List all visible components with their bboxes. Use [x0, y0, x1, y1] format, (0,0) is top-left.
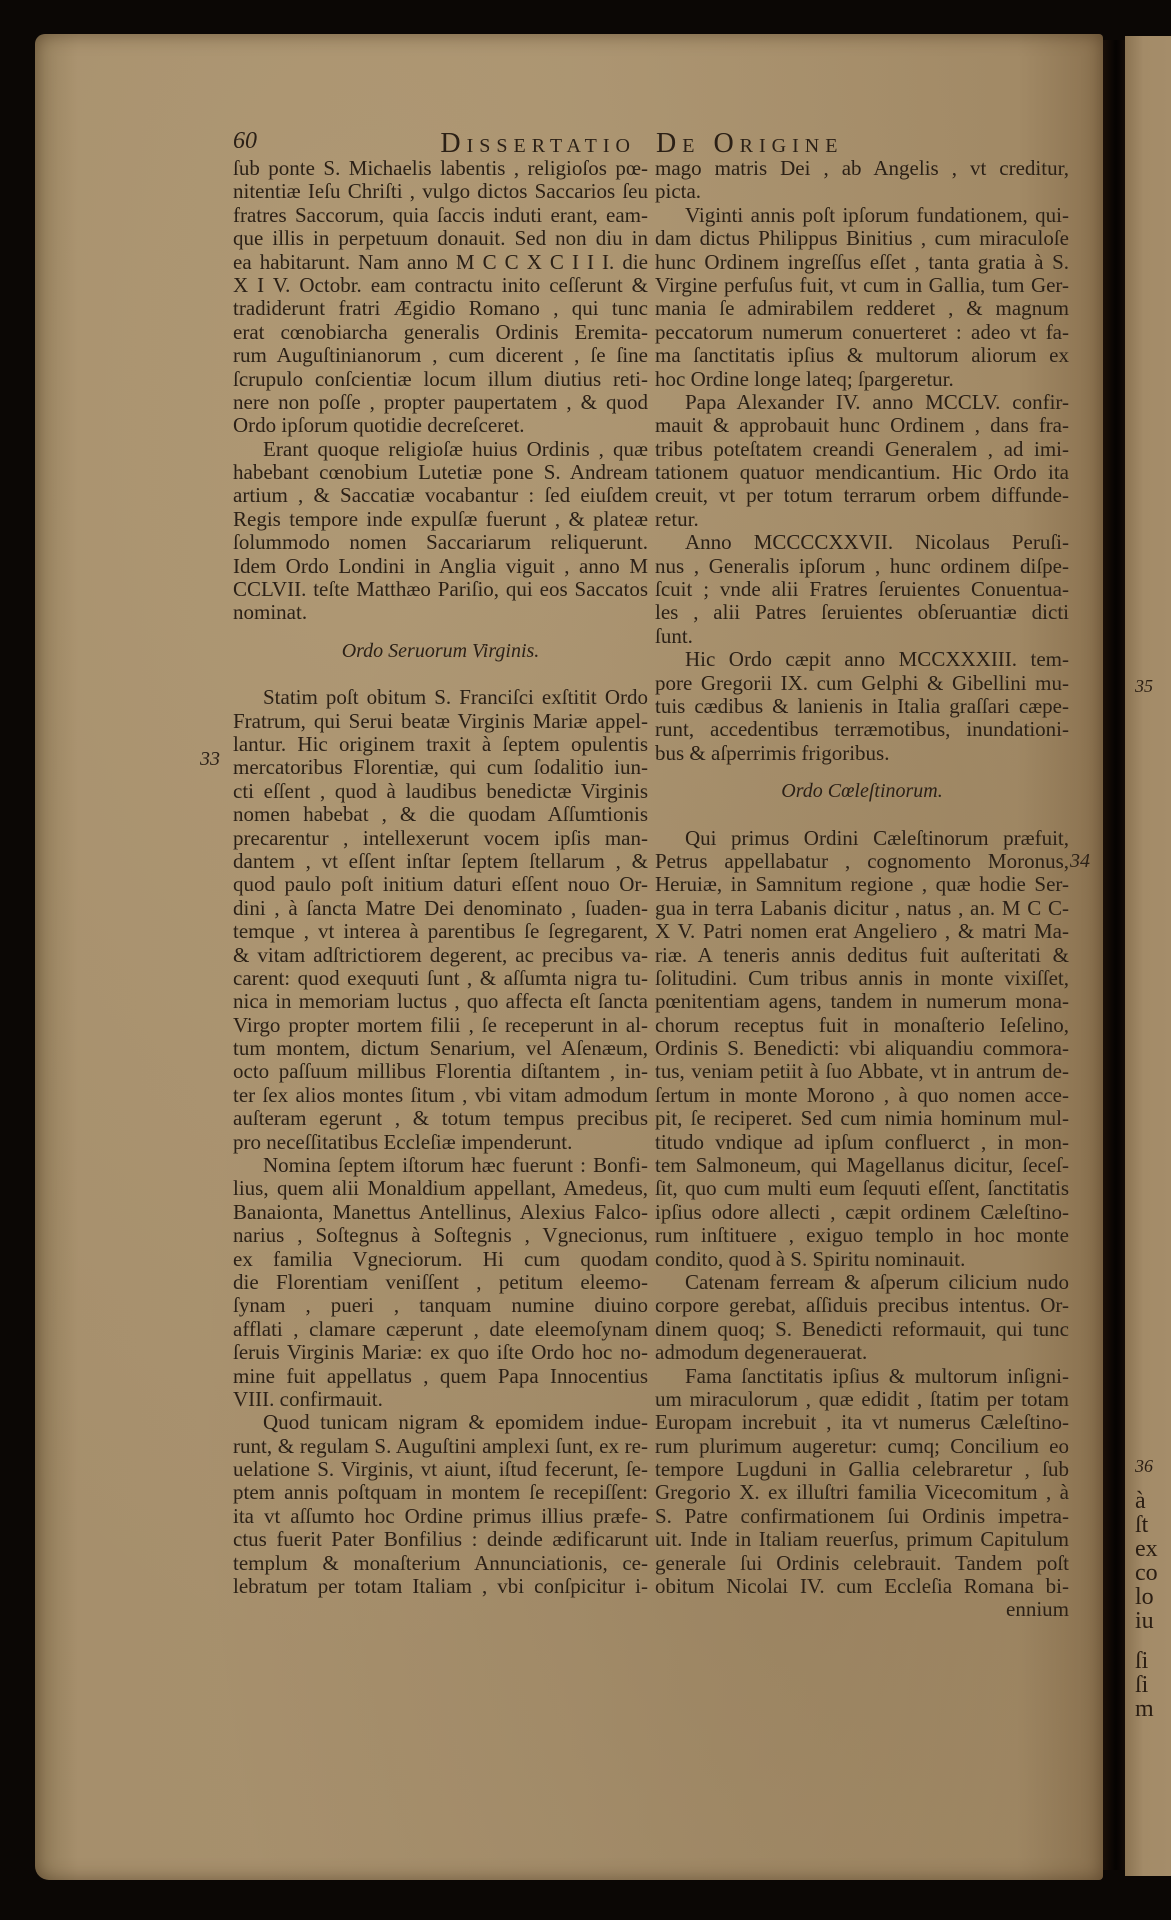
text-line: auſteram egerunt , & totum tempus precib…	[233, 1107, 648, 1130]
text-line: picta.	[655, 180, 1069, 203]
text-line: que illis in perpetuum donauit. Sed non …	[233, 227, 648, 250]
facing-marginal-note: 36	[1135, 1456, 1153, 1477]
section-heading: Ordo Cœleſtinorum.	[655, 780, 1069, 803]
facing-text-fragment: ſi	[1135, 1672, 1148, 1699]
text-line: pit, ſe reciperet. Sed cum nimia hominum…	[655, 1107, 1069, 1130]
facing-text-fragment: à	[1135, 1488, 1146, 1515]
text-line: lebratum per totam Italiam , vbi conſpic…	[233, 1575, 648, 1598]
text-line: quod paulo poſt initium daturi eſſent no…	[233, 873, 648, 896]
facing-text-fragment: m	[1135, 1696, 1154, 1723]
marginal-note: 34	[1070, 850, 1090, 873]
facing-text-fragment: lo	[1135, 1584, 1154, 1611]
text-line: rum inſtituere , exiguo templo in hoc mo…	[655, 1224, 1069, 1247]
running-head: 60 Dissertatio De Origine	[233, 128, 1068, 158]
text-line: ſcrupulo conſcientiæ locum illum diutius…	[233, 368, 648, 391]
text-line: ſolummodo nomen Saccariarum reliquerunt.	[233, 531, 648, 554]
text-line: retur.	[655, 508, 1069, 531]
text-line: carent: quod exequuti ſunt , & aſſumta n…	[233, 967, 648, 990]
text-line: mine fuit appellatus , quem Papa Innocen…	[233, 1365, 648, 1388]
text-line: Petrus appellabatur , cognomento Moronus…	[655, 850, 1069, 873]
text-line: ma ſanctitatis ipſius & multorum aliorum…	[655, 344, 1069, 367]
text-line: octo paſſuum millibus Florentia diſtante…	[233, 1060, 648, 1083]
text-line: dam dictus Philippus Binitius , cum mira…	[655, 227, 1069, 250]
text-line: pœnitentiam agens, tandem in numerum mon…	[655, 990, 1069, 1013]
text-line: Regis tempore inde expulſæ fuerunt , & p…	[233, 508, 648, 531]
paragraph: Fama ſanctitatis ipſius & multorum inſig…	[655, 1365, 1069, 1599]
text-line: condito, quod à S. Spiritu nominauit.	[655, 1248, 1069, 1271]
text-line: ſynam , pueri , tanquam numine diuino	[233, 1294, 648, 1317]
paragraph: Qui primus Ordini Cæleſtinorum præfuit, …	[655, 827, 1069, 1271]
paragraph: Nomina ſeptem iſtorum hæc fuerunt : Bonf…	[233, 1154, 648, 1411]
text-line: ter ſex alios montes ſitum , vbi vitam a…	[233, 1084, 648, 1107]
text-line: nominat.	[233, 601, 648, 624]
facing-text-fragment: co	[1135, 1560, 1158, 1587]
text-line: nitentiæ Ieſu Chriſti , vulgo dictos Sac…	[233, 180, 648, 203]
text-line: runt, accedentibus terræmotibus, inundat…	[655, 718, 1069, 741]
text-line: Papa Alexander IV. anno MCCLV. confir-	[655, 391, 1069, 414]
text-line: Banaionta, Manettus Antellinus, Alexius …	[233, 1201, 648, 1224]
facing-text-fragment: ſi	[1135, 1648, 1148, 1675]
text-line: ſunt.	[655, 625, 1069, 648]
paragraph: Erant quoque religioſæ huius Ordinis , q…	[233, 438, 648, 625]
text-line: Idem Ordo Londini in Anglia viguit , ann…	[233, 555, 648, 578]
text-line: die Florentiam veniſſent , petitum eleem…	[233, 1271, 648, 1294]
text-line: Gregorio X. ex illuſtri familia Vicecomi…	[655, 1481, 1069, 1504]
text-line: ipſius odore allecti , cæpit ordinem Cæl…	[655, 1201, 1069, 1224]
text-line: nere non poſſe , propter paupertatem , &…	[233, 391, 648, 414]
text-line: obitum Nicolai IV. cum Eccleſia Romana b…	[655, 1575, 1069, 1598]
facing-text-fragment: ex	[1135, 1536, 1158, 1563]
facing-text-fragment: ſt	[1135, 1512, 1148, 1539]
text-line: tus, veniam petiit à ſuo Abbate, vt in a…	[655, 1060, 1069, 1083]
text-line: ſit, quo cum multi eum ſequuti eſſent, ſ…	[655, 1177, 1069, 1200]
text-line: precarentur , intellexerunt vocem ipſis …	[233, 827, 648, 850]
text-line: mania ſe admirabilem redderet , & magnum	[655, 297, 1069, 320]
text-line: Viginti annis poſt ipſorum fundationem, …	[655, 204, 1069, 227]
left-column: ſub ponte S. Michaelis labentis , religi…	[233, 157, 648, 1598]
text-line: riæ. A teneris annis deditus fuit auſter…	[655, 944, 1069, 967]
running-title-right: De Origine	[656, 128, 843, 160]
text-line: Fama ſanctitatis ipſius & multorum inſig…	[655, 1365, 1069, 1388]
text-line: ſeruis Virginis Mariæ: ex quo iſte Ordo …	[233, 1341, 648, 1364]
text-line: tationem quatuor mendicantium. Hic Ordo …	[655, 461, 1069, 484]
text-line: admodum degenerauerat.	[655, 1341, 1069, 1364]
text-line: ex familia Vgneciorum. Hi cum quodam	[233, 1248, 648, 1271]
text-line: corpore gerebat, aſſiduis precibus inten…	[655, 1294, 1069, 1317]
text-line: dinem quoq; S. Benedicti reformauit, qui…	[655, 1318, 1069, 1341]
text-line: temque , vt interea à parentibus ſe ſegr…	[233, 920, 648, 943]
paragraph: Anno MCCCCXXVII. Nicolaus Peruſi- nus , …	[655, 531, 1069, 648]
text-line: tradiderunt fratri Ægidio Romano , qui t…	[233, 297, 648, 320]
text-line: Virgo propter mortem filii , ſe receperu…	[233, 1014, 648, 1037]
text-line: erat cœnobiarcha generalis Ordinis Eremi…	[233, 321, 648, 344]
text-line: bus & aſperrimis frigoribus.	[655, 742, 1069, 765]
text-line: tribus poteſtatem creandi Generalem , ad…	[655, 438, 1069, 461]
text-line: Statim poſt obitum S. Franciſci exſtitit…	[233, 686, 648, 709]
text-line: Qui primus Ordini Cæleſtinorum præfuit,	[655, 827, 1069, 850]
text-line: les , alii Patres ſeruientes obſeruantiæ…	[655, 601, 1069, 624]
text-line: ſub ponte S. Michaelis labentis , religi…	[233, 157, 648, 180]
text-line: chorum receptus fuit in monaſterio Ieſel…	[655, 1014, 1069, 1037]
text-line: X I V. Octobr. eam contractu inito ceſſe…	[233, 274, 648, 297]
text-line: generale ſui Ordinis celebrauit. Tandem …	[655, 1552, 1069, 1575]
text-line: Virgine perfuſus fuit, vt cum in Gallia,…	[655, 274, 1069, 297]
text-line: ſolitudini. Cum tribus annis in monte vi…	[655, 967, 1069, 990]
text-line: nus , Generalis ipſorum , hunc ordinem d…	[655, 555, 1069, 578]
text-line: uelatione S. Virginis, vt aiunt, iſtud f…	[233, 1458, 648, 1481]
text-line: ſertum in monte Morono , à quo nomen acc…	[655, 1084, 1069, 1107]
paragraph: Quod tunicam nigram & epomidem indue- ru…	[233, 1411, 648, 1598]
text-line: Catenam ferream & aſperum cilicium nudo	[655, 1271, 1069, 1294]
text-line: Ordinis S. Benedicti: vbi aliquandiu com…	[655, 1037, 1069, 1060]
text-line: pore Gregorii IX. cum Gelphi & Gibellini…	[655, 672, 1069, 695]
text-line: Nomina ſeptem iſtorum hæc fuerunt : Bonf…	[233, 1154, 648, 1177]
text-line: artium , & Saccatiæ vocabantur : ſed eiu…	[233, 484, 648, 507]
text-line: & vitam adſtrictiorem degerent, ac preci…	[233, 944, 648, 967]
paragraph: Hic Ordo cæpit anno MCCXXXIII. tem- pore…	[655, 648, 1069, 765]
text-line: dantem , vt eſſent inſtar ſeptem ſtellar…	[233, 850, 648, 873]
text-line: tem Salmoneum, qui Magellanus dicitur, ſ…	[655, 1154, 1069, 1177]
text-line: hunc Ordinem ingreſſus eſſet , tanta gra…	[655, 251, 1069, 274]
text-line: tuis cædibus & lanienis in Italia graſſa…	[655, 695, 1069, 718]
text-line: nomen habebat , & die quodam Aſſumtionis	[233, 803, 648, 826]
text-line: ea habitarunt. Nam anno M C C X C I I I.…	[233, 251, 648, 274]
page-number: 60	[233, 128, 257, 155]
paragraph: Papa Alexander IV. anno MCCLV. confir- m…	[655, 391, 1069, 531]
facing-page-edge: 35 36 à ſt ex co lo iu ſi ſi m	[1125, 36, 1171, 1876]
paragraph: mago matris Dei , ab Angelis , vt credit…	[655, 157, 1069, 204]
paragraph: Statim poſt obitum S. Franciſci exſtitit…	[233, 686, 648, 1154]
text-line: ita vt aſſumto hoc Ordine primus illius …	[233, 1505, 648, 1528]
text-line: habebant cœnobium Lutetiæ pone S. Andrea…	[233, 461, 648, 484]
text-line: Anno MCCCCXXVII. Nicolaus Peruſi-	[655, 531, 1069, 554]
text-line: nica in memoriam luctus , quo affecta eſ…	[233, 990, 648, 1013]
text-line: VIII. confirmauit.	[233, 1388, 648, 1411]
running-title-left: Dissertatio	[440, 128, 636, 160]
text-line: lius, quem alii Monaldium appellant, Ame…	[233, 1177, 648, 1200]
facing-text-fragment: iu	[1135, 1608, 1154, 1635]
text-line: templum & monaſterium Annunciationis, ce…	[233, 1552, 648, 1575]
facing-marginal-note: 35	[1135, 676, 1153, 697]
text-line: rum plurimum augeretur: cumq; Concilium …	[655, 1435, 1069, 1458]
text-line: tempore Lugduni in Gallia celebraretur ,…	[655, 1458, 1069, 1481]
text-line: ctus fuerit Pater Bonfilius : deinde ædi…	[233, 1528, 648, 1551]
text-line: mauit & approbauit hunc Ordinem , dans f…	[655, 414, 1069, 437]
text-line: Hic Ordo cæpit anno MCCXXXIII. tem-	[655, 648, 1069, 671]
paragraph: Catenam ferream & aſperum cilicium nudo …	[655, 1271, 1069, 1365]
text-line: Ordo ipſorum quotidie decreſceret.	[233, 414, 648, 437]
text-line: CCLVII. teſte Matthæo Pariſio, qui eos S…	[233, 578, 648, 601]
text-line: mago matris Dei , ab Angelis , vt credit…	[655, 157, 1069, 180]
text-line: narius , Soſtegnus à Soſtegnis , Vgnecio…	[233, 1224, 648, 1247]
text-line: runt, & regulam S. Auguſtini amplexi ſun…	[233, 1435, 648, 1458]
text-line: rum Auguſtinianorum , cum dicerent , ſe …	[233, 344, 648, 367]
text-line: pro neceſſitatibus Eccleſiæ impenderunt.	[233, 1131, 648, 1154]
text-line: titudo vndique ad ipſum confluerct , in …	[655, 1131, 1069, 1154]
text-line: Quod tunicam nigram & epomidem indue-	[233, 1411, 648, 1434]
text-line: ſcuit ; vnde alii Fratres ſeruientes Con…	[655, 578, 1069, 601]
text-line: afflati , clamare cæperunt , date eleemo…	[233, 1318, 648, 1341]
text-line: X V. Patri nomen erat Angeliero , & matr…	[655, 920, 1069, 943]
text-line: tum montem, dictum Senarium, vel Aſenæum…	[233, 1037, 648, 1060]
text-line: gua in terra Labanis dicitur , natus , a…	[655, 897, 1069, 920]
text-line: uit. Inde in Italiam reuerſus, primum Ca…	[655, 1528, 1069, 1551]
paragraph: ſub ponte S. Michaelis labentis , religi…	[233, 157, 648, 438]
text-line: dini , à ſancta Matre Dei denominato , ſ…	[233, 897, 648, 920]
text-line: Heruiæ, in Samnitum regione , quæ hodie …	[655, 873, 1069, 896]
text-line: hoc Ordine longe lateq; ſpargeretur.	[655, 368, 1069, 391]
paragraph: Viginti annis poſt ipſorum fundationem, …	[655, 204, 1069, 391]
text-line: cti eſſent , quod à laudibus benedictæ V…	[233, 780, 648, 803]
text-line: fratres Saccorum, quia ſaccis induti era…	[233, 204, 648, 227]
text-line: ptem annis poſtquam in montem ſe recepiſ…	[233, 1481, 648, 1504]
text-line: peccatorum numerum conuerteret : adeo vt…	[655, 321, 1069, 344]
text-line: creuit, vt per totum terrarum orbem diff…	[655, 484, 1069, 507]
text-line: Europam increbuit , ita vt numerus Cæleſ…	[655, 1411, 1069, 1434]
section-heading: Ordo Seruorum Virginis.	[233, 640, 648, 663]
text-line: Erant quoque religioſæ huius Ordinis , q…	[233, 438, 648, 461]
text-line: um miraculorum , quæ edidit , ſtatim per…	[655, 1388, 1069, 1411]
text-line: S. Patre confirmationem ſui Ordinis impe…	[655, 1505, 1069, 1528]
right-column: mago matris Dei , ab Angelis , vt credit…	[655, 157, 1069, 1622]
text-line: mercatoribus Florentiæ, qui cum ſodaliti…	[233, 756, 648, 779]
text-line: Fratrum, qui Serui beatæ Virginis Mariæ …	[233, 710, 648, 733]
text-line: lantur. Hic originem traxit à ſeptem opu…	[233, 733, 648, 756]
catchword: ennium	[655, 1598, 1069, 1621]
marginal-note: 33	[200, 748, 220, 771]
